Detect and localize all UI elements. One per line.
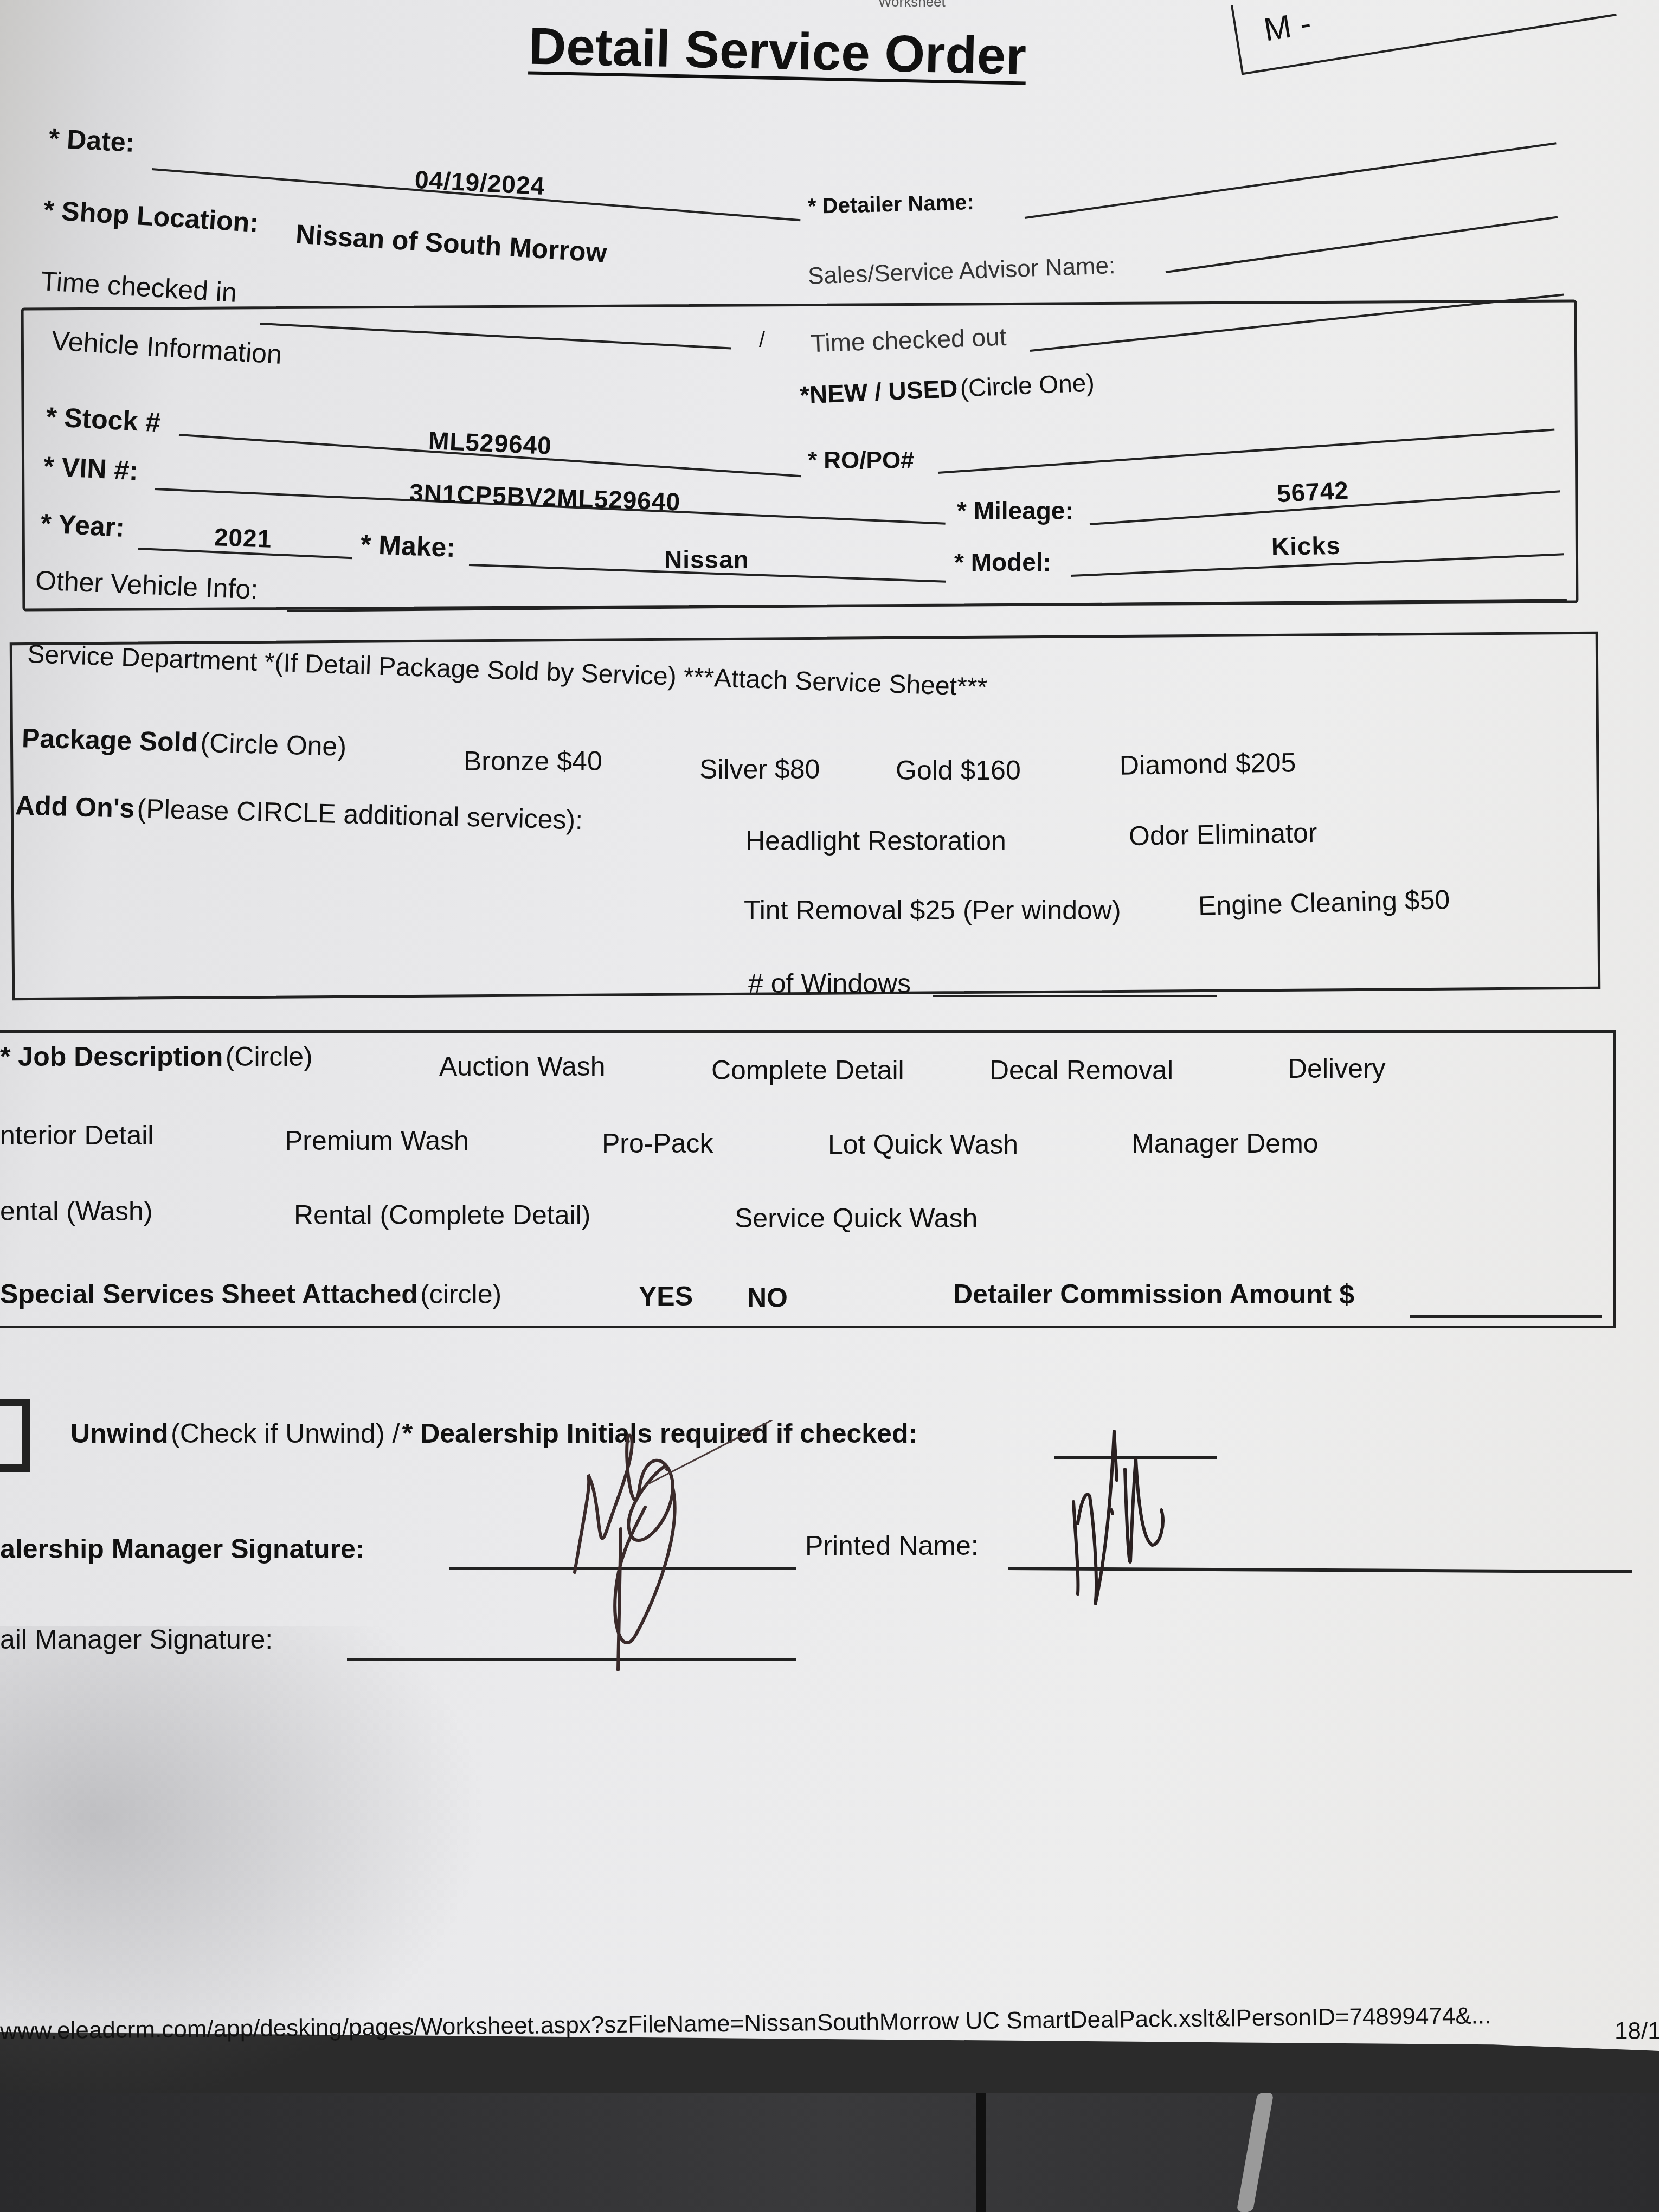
windows-count-label: # of Windows — [748, 968, 911, 999]
job-pro-pack[interactable]: Pro-Pack — [602, 1128, 713, 1159]
windows-count-field[interactable] — [933, 995, 1217, 997]
job-auction-wash[interactable]: Auction Wash — [439, 1051, 606, 1082]
commission-label: Detailer Commission Amount $ — [953, 1278, 1354, 1310]
unwind-label-bold: Unwind — [70, 1418, 169, 1449]
worksheet-fragment: Worksheet — [878, 0, 946, 10]
page-title: Detail Service Order — [528, 16, 1027, 86]
package-sold-label-hint: (Circle One) — [200, 728, 347, 762]
commission-field[interactable] — [1410, 1315, 1602, 1318]
vin-label: * VIN #: — [43, 450, 139, 486]
job-premium-wash[interactable]: Premium Wash — [285, 1125, 469, 1156]
page-number: 18/1 — [1615, 2018, 1659, 2045]
m-number-label: M - — [1261, 4, 1313, 49]
dealership-initials-field[interactable] — [1054, 1456, 1217, 1459]
dealership-initials-label: * Dealership Initials required if checke… — [402, 1418, 917, 1449]
unwind-checkbox[interactable] — [0, 1399, 30, 1472]
detail-manager-signature-label: ail Manager Signature: — [0, 1624, 273, 1655]
job-rental-wash[interactable]: ental (Wash) — [0, 1195, 153, 1227]
unwind-label-hint: (Check if Unwind) / — [171, 1418, 400, 1449]
date-label: * Date: — [48, 123, 136, 158]
background-pole — [976, 2093, 986, 2212]
job-rental-complete-detail[interactable]: Rental (Complete Detail) — [294, 1199, 590, 1231]
year-field[interactable]: 2021 — [214, 522, 272, 554]
special-services-yes[interactable]: YES — [639, 1281, 693, 1312]
job-complete-detail[interactable]: Complete Detail — [711, 1054, 904, 1086]
package-silver[interactable]: Silver $80 — [699, 754, 820, 785]
job-delivery[interactable]: Delivery — [1288, 1053, 1386, 1084]
special-services-no[interactable]: NO — [747, 1282, 788, 1314]
job-description-label-hint: (Circle) — [226, 1041, 313, 1072]
ro-po-label: * RO/PO# — [808, 447, 914, 474]
printed-name-label: Printed Name: — [805, 1530, 979, 1561]
special-services-label-hint: (circle) — [420, 1279, 501, 1309]
make-label: * Make: — [360, 529, 456, 563]
model-label: * Model: — [954, 548, 1051, 577]
background-floor — [0, 2093, 1659, 2212]
job-interior-detail[interactable]: nterior Detail — [0, 1120, 153, 1151]
addon-tint-removal[interactable]: Tint Removal $25 (Per window) — [744, 895, 1121, 926]
add-ons-label-bold: Add On's — [15, 790, 135, 824]
job-description-label: * Job Description (Circle) — [0, 1041, 313, 1072]
job-lot-quick-wash[interactable]: Lot Quick Wash — [828, 1129, 1018, 1160]
job-decal-removal[interactable]: Decal Removal — [989, 1054, 1173, 1086]
stock-field[interactable]: ML529640 — [428, 426, 552, 460]
mileage-field[interactable]: 56742 — [1276, 475, 1350, 509]
addon-engine-cleaning[interactable]: Engine Cleaning $50 — [1198, 884, 1450, 922]
detail-manager-signature-field[interactable] — [347, 1658, 796, 1661]
addon-headlight-restoration[interactable]: Headlight Restoration — [745, 825, 1006, 857]
job-manager-demo[interactable]: Manager Demo — [1131, 1128, 1319, 1159]
year-label: * Year: — [40, 507, 126, 543]
detailer-name-label: * Detailer Name: — [807, 190, 974, 219]
dealership-manager-signature-label: alership Manager Signature: — [0, 1533, 364, 1565]
package-diamond[interactable]: Diamond $205 — [1120, 747, 1296, 781]
package-gold[interactable]: Gold $160 — [896, 755, 1021, 786]
package-bronze[interactable]: Bronze $40 — [464, 745, 602, 777]
background-cable — [1237, 2093, 1274, 2212]
job-service-quick-wash[interactable]: Service Quick Wash — [735, 1203, 978, 1234]
package-sold-label-bold: Package Sold — [21, 723, 198, 757]
dealership-manager-signature-field[interactable] — [449, 1567, 796, 1570]
mileage-label: * Mileage: — [957, 496, 1073, 525]
stock-label: * Stock # — [46, 401, 162, 439]
make-field[interactable]: Nissan — [664, 545, 749, 574]
unwind-label: Unwind (Check if Unwind) / * Dealership … — [70, 1418, 917, 1449]
new-used-hint: (Circle One) — [960, 368, 1095, 402]
model-field[interactable]: Kicks — [1271, 531, 1341, 561]
special-services-label-bold: Special Services Sheet Attached — [0, 1279, 418, 1309]
addon-odor-eliminator[interactable]: Odor Eliminator — [1129, 817, 1317, 852]
special-services-label: Special Services Sheet Attached (circle) — [0, 1278, 501, 1310]
job-description-label-bold: * Job Description — [0, 1041, 223, 1072]
